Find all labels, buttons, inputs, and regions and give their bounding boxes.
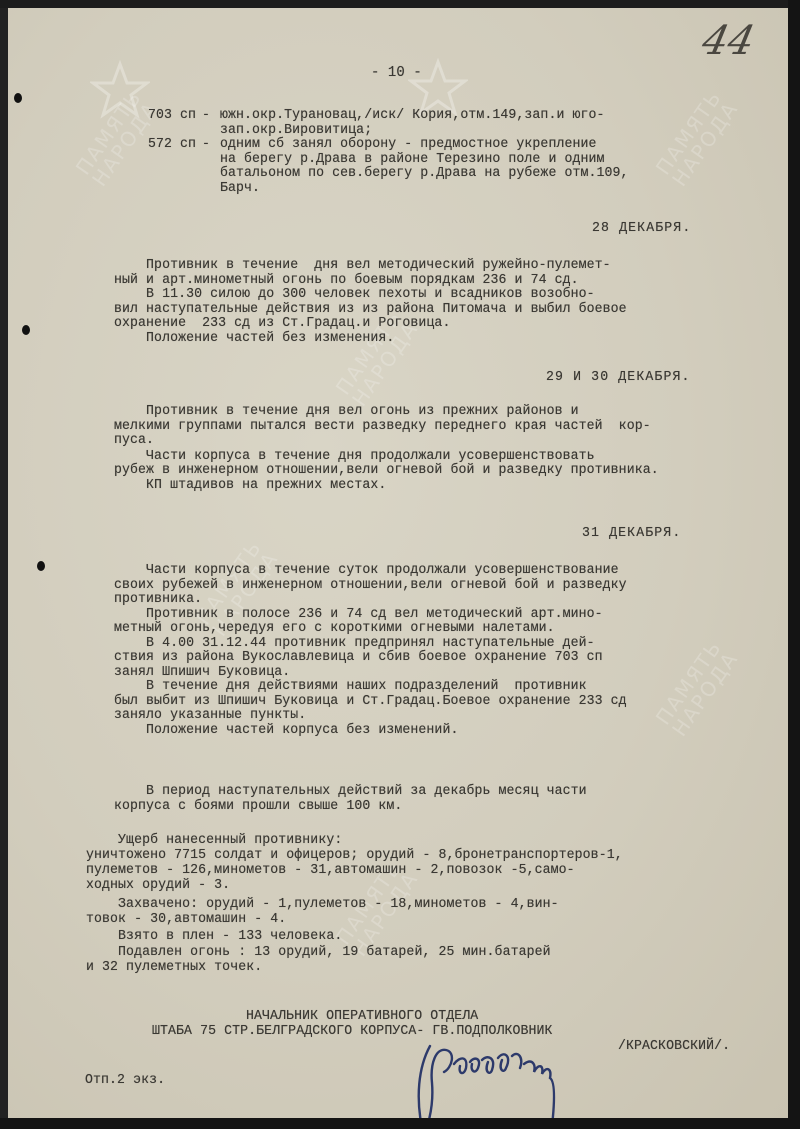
section-body-line: мелкими группами пытался вести разведку … [114, 419, 651, 434]
section-body-line: В течение дня действиями наших подраздел… [114, 679, 587, 694]
section-date-heading: 29 И 30 ДЕКАБРЯ. [546, 370, 691, 385]
section-body-line: вил наступательные действия из из района… [114, 302, 627, 317]
handwritten-sheet-number: 44 [698, 18, 759, 64]
section-body-line: Части корпуса в течение дня продолжали у… [114, 449, 595, 464]
unit-label: 703 сп [148, 108, 196, 123]
scan-edge-right [788, 0, 800, 1129]
watermark-line1: ПАМЯТЬ [72, 86, 145, 178]
section-body-line: был выбит из Шпишич Буковица и Ст.Градац… [114, 694, 627, 709]
summary-damage-line: Ущерб нанесенный противнику: [86, 833, 342, 848]
signature-title-line1: НАЧАЛЬНИК ОПЕРАТИВНОГО ОТДЕЛА [246, 1009, 478, 1024]
summary-advance-line: корпуса с боями прошли свыше 100 км. [114, 799, 402, 814]
star-icon [90, 60, 150, 120]
unit-position-line: Барч. [220, 181, 260, 196]
section-body-line: Противник в течение дня вел огонь из пре… [114, 404, 579, 419]
summary-advance-line: В период наступательных действий за дека… [114, 784, 587, 799]
unit-position-line: зап.окр.Вировитица; [220, 123, 372, 138]
section-date-heading: 28 ДЕКАБРЯ. [592, 221, 691, 236]
punch-hole [37, 561, 45, 571]
summary-damage-line: и 32 пулеметных точек. [86, 960, 262, 975]
section-body-line: В 11.30 силою до 300 человек пехоты и вс… [114, 287, 595, 302]
section-body-line: заняло указанные пункты. [114, 708, 306, 723]
punch-hole [14, 93, 22, 103]
unit-dash: - [202, 108, 210, 123]
section-body-line: Противник в течение дня вел методический… [114, 258, 611, 273]
unit-dash: - [202, 137, 210, 152]
watermark-text: ПАМЯТЬ НАРОДА [652, 636, 741, 739]
summary-damage-line: уничтожено 7715 солдат и офицеров; оруди… [86, 848, 623, 863]
page-number: - 10 - [371, 66, 422, 81]
section-body-line: рубеж в инженерном отношении,вели огнево… [114, 463, 659, 478]
watermark-text: ПАМЯТЬ НАРОДА [652, 86, 741, 189]
section-body-line: Положение частей корпуса без изменений. [114, 723, 458, 738]
watermark-line2: НАРОДА [669, 648, 742, 740]
summary-damage-line: Захвачено: орудий - 1,пулеметов - 18,мин… [86, 897, 559, 912]
section-body-line: Положение частей без изменения. [114, 331, 394, 346]
watermark-line2: НАРОДА [669, 98, 742, 190]
unit-label: 572 сп [148, 137, 196, 152]
scan-edge-left [0, 0, 8, 1129]
section-body-line: КП штадивов на прежних местах. [114, 478, 386, 493]
scan-edge-top [0, 0, 800, 8]
summary-damage-line: ходных орудий - 3. [86, 878, 230, 893]
section-body-line: ный и арт.минометный огонь по боевым пор… [114, 273, 579, 288]
section-body-line: Противник в полосе 236 и 74 сд вел метод… [114, 607, 603, 622]
section-body-line: метный огонь,чередуя его с короткими огн… [114, 621, 555, 636]
section-body-line: Части корпуса в течение суток продолжали… [114, 563, 619, 578]
section-body-line: пуса. [114, 433, 154, 448]
unit-position-line: одним сб занял оборону - предмостное укр… [220, 137, 597, 152]
unit-position-line: на берегу р.Драва в районе Терезино поле… [220, 152, 605, 167]
scan-edge-bottom [0, 1118, 800, 1129]
copies-note: Отп.2 экз. [85, 1073, 165, 1088]
document-page: ПАМЯТЬ НАРОДА ПАМЯТЬ НАРОДА ПАМЯТЬ НАРОД… [8, 8, 788, 1118]
summary-damage-line: пулеметов - 126,минометов - 31,автомашин… [86, 863, 575, 878]
section-body-line: В 4.00 31.12.44 противник предпринял нас… [114, 636, 595, 651]
section-body-line: занял Шпишич Буковица. [114, 665, 290, 680]
summary-damage-line: товок - 30,автомашин - 4. [86, 912, 286, 927]
watermark-line1: ПАМЯТЬ [652, 86, 725, 178]
punch-hole [22, 325, 30, 335]
section-body-line: своих рубежей в инженерном отношении,вел… [114, 578, 627, 593]
section-body-line: ствия из района Вукославлевица и сбив бо… [114, 650, 603, 665]
section-body-line: противника. [114, 592, 202, 607]
handwritten-signature [408, 1028, 648, 1118]
watermark-line1: ПАМЯТЬ [652, 636, 725, 728]
section-date-heading: 31 ДЕКАБРЯ. [582, 526, 681, 541]
unit-position-line: батальоном по сев.берегу р.Драва на рубе… [220, 166, 629, 181]
section-body-line: охранение 233 сд из Ст.Градац.и Роговица… [114, 316, 450, 331]
summary-damage-line: Подавлен огонь : 13 орудий, 19 батарей, … [86, 945, 551, 960]
unit-position-line: южн.окр.Турановац,/иск/ Кория,отм.149,за… [220, 108, 605, 123]
summary-damage-line: Взято в плен - 133 человека. [86, 929, 342, 944]
